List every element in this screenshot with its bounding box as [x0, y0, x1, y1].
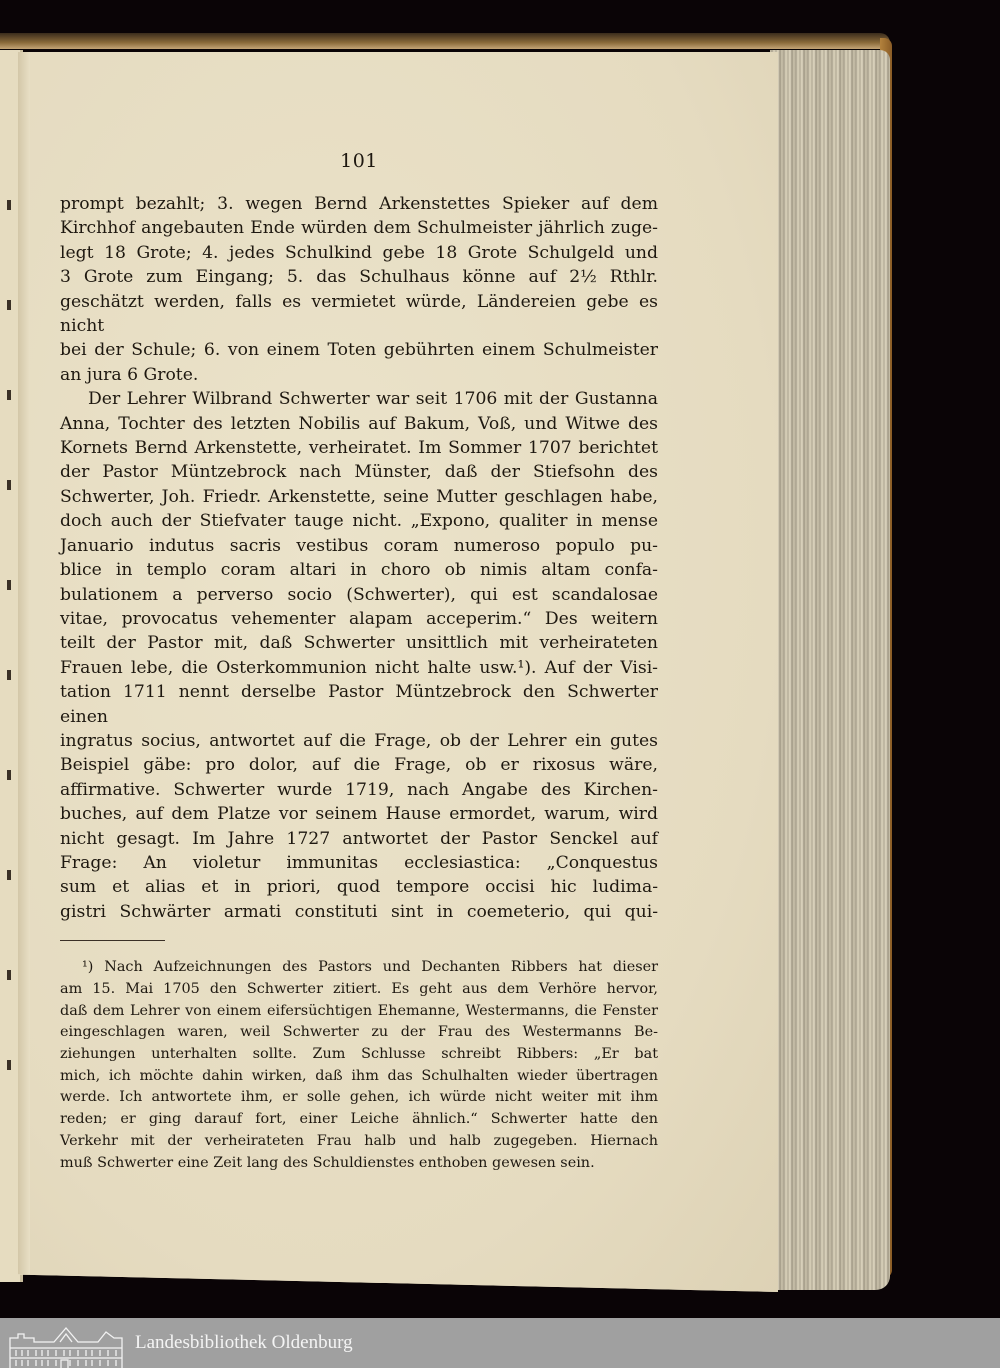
- edge-mark: [7, 870, 11, 880]
- body-line: Der Lehrer Wilbrand Schwerter war seit 1…: [60, 387, 658, 411]
- footnote-line: ¹) Nach Aufzeichnungen des Pastors und D…: [60, 957, 658, 979]
- footnote-line: Verkehr mit der verheirateten Frau halb …: [60, 1131, 658, 1153]
- footnote-line: am 15. Mai 1705 den Schwerter zitiert. E…: [60, 979, 658, 1001]
- body-line: buches, auf dem Platze vor seinem Hause …: [60, 802, 658, 826]
- body-line: nicht gesagt. Im Jahre 1727 antwortet de…: [60, 827, 658, 851]
- body-line: gistri Schwärter armati constituti sint …: [60, 900, 658, 924]
- body-line: tation 1711 nennt derselbe Pastor Müntze…: [60, 680, 658, 729]
- body-line: 3 Grote zum Eingang; 5. das Schulhaus kö…: [60, 265, 658, 289]
- library-name[interactable]: Landesbibliothek Oldenburg: [135, 1332, 353, 1354]
- book-scan: 101 prompt bezahlt; 3. wegen Bernd Arken…: [0, 0, 1000, 1318]
- body-line: legt 18 Grote; 4. jedes Schulkind gebe 1…: [60, 241, 658, 265]
- body-line: Schwerter, Joh. Friedr. Arkenstette, sei…: [60, 485, 658, 509]
- body-line: geschätzt werden, falls es vermietet wür…: [60, 290, 658, 339]
- footnote-line: reden; er ging darauf fort, einer Leiche…: [60, 1109, 658, 1131]
- edge-mark: [7, 480, 11, 490]
- body-text: prompt bezahlt; 3. wegen Bernd Arkenstet…: [60, 192, 658, 924]
- footnote-divider: [60, 940, 165, 941]
- body-line: Kornets Bernd Arkenstette, verheiratet. …: [60, 436, 658, 460]
- edge-mark: [7, 970, 11, 980]
- body-line: prompt bezahlt; 3. wegen Bernd Arkenstet…: [60, 192, 658, 216]
- footnote-line: muß Schwerter eine Zeit lang des Schuldi…: [60, 1153, 658, 1175]
- body-line: ingratus socius, antwortet auf die Frage…: [60, 729, 658, 753]
- body-line: doch auch der Stiefvater tauge nicht. „E…: [60, 509, 658, 533]
- edge-mark: [7, 580, 11, 590]
- book-cover-top: [0, 33, 890, 49]
- page-fore-edge: [770, 50, 890, 1290]
- body-line: Frage: An violetur immunitas ecclesiasti…: [60, 851, 658, 875]
- body-line: vitae, provocatus vehementer alapam acce…: [60, 607, 658, 631]
- body-line: Frauen lebe, die Osterkommunion nicht ha…: [60, 656, 658, 680]
- edge-mark: [7, 1060, 11, 1070]
- page-text-block: 101 prompt bezahlt; 3. wegen Bernd Arken…: [60, 150, 658, 1174]
- footnote-line: daß dem Lehrer von einem eifersüchtigen …: [60, 1001, 658, 1023]
- gutter-shadow: [18, 52, 30, 1274]
- body-line: der Pastor Müntzebrock nach Münster, daß…: [60, 460, 658, 484]
- body-line: affirmative. Schwerter wurde 1719, nach …: [60, 778, 658, 802]
- page-number: 101: [60, 150, 658, 172]
- body-line: an jura 6 Grote.: [60, 363, 658, 387]
- footnote-line: werde. Ich antwortete ihm, er solle gehe…: [60, 1087, 658, 1109]
- edge-mark: [7, 670, 11, 680]
- footnote-line: mich, ich möchte dahin wirken, daß ihm d…: [60, 1066, 658, 1088]
- body-line: bei der Schule; 6. von einem Toten gebüh…: [60, 338, 658, 362]
- body-line: sum et alias et in priori, quod tempore …: [60, 875, 658, 899]
- edge-mark: [7, 390, 11, 400]
- body-line: Beispiel gäbe: pro dolor, auf die Frage,…: [60, 753, 658, 777]
- library-building-icon[interactable]: [8, 1324, 123, 1368]
- footer-bar: Landesbibliothek Oldenburg: [0, 1318, 1000, 1368]
- edge-mark: [7, 770, 11, 780]
- footnote: ¹) Nach Aufzeichnungen des Pastors und D…: [60, 957, 658, 1174]
- edge-mark: [7, 300, 11, 310]
- body-line: Anna, Tochter des letzten Nobilis auf Ba…: [60, 412, 658, 436]
- body-line: blice in templo coram altari in choro ob…: [60, 558, 658, 582]
- body-line: Januario indutus sacris vestibus coram n…: [60, 534, 658, 558]
- edge-mark: [7, 200, 11, 210]
- body-line: bulationem a perverso socio (Schwerter),…: [60, 583, 658, 607]
- footnote-line: eingeschlagen waren, weil Schwerter zu d…: [60, 1022, 658, 1044]
- footnote-line: ziehungen unterhalten sollte. Zum Schlus…: [60, 1044, 658, 1066]
- body-line: teilt der Pastor mit, daß Schwerter unsi…: [60, 631, 658, 655]
- body-line: Kirchhof angebauten Ende würden dem Schu…: [60, 216, 658, 240]
